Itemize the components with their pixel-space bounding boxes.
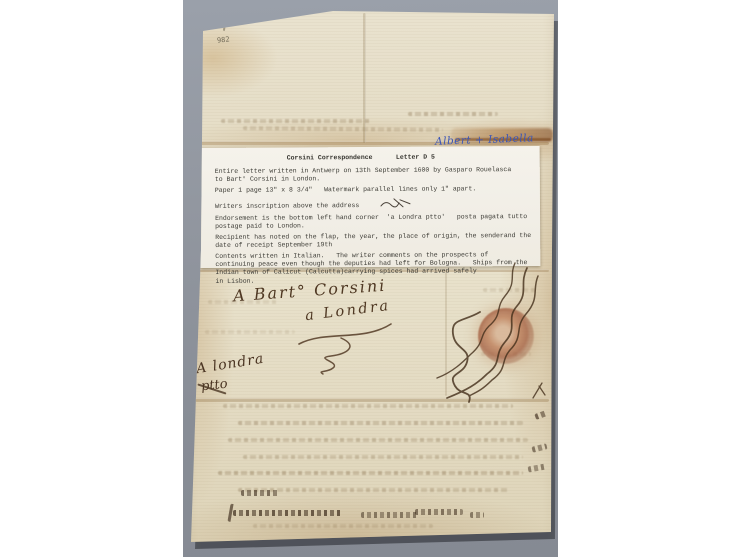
ghost-writing-row	[238, 421, 523, 425]
ghost-writing-row	[228, 438, 528, 442]
ghost-writing-row	[205, 330, 295, 334]
ink-fragment	[241, 490, 279, 496]
label-title: Corsini Correspondence Letter D 5	[287, 154, 435, 162]
letter-paper: 982	[183, 0, 558, 557]
writers-mark-icon	[379, 197, 413, 209]
label-paragraph: Writers inscription above the address	[215, 202, 359, 210]
label-paragraph: Endorsement is the bottom left hand corn…	[215, 213, 527, 230]
ghost-writing-row	[253, 524, 433, 528]
ink-fragment	[233, 510, 343, 516]
pencil-inventory-mark: 982	[217, 35, 230, 44]
ink-fragment	[415, 509, 463, 515]
photo-background: 982	[183, 0, 558, 557]
ink-fragment	[361, 512, 419, 518]
ink-fragment	[534, 410, 547, 420]
ghost-writing-row	[218, 471, 523, 475]
label-paragraph: Entire letter written in Antwerp on 13th…	[215, 166, 511, 183]
ghost-writing-row	[221, 119, 371, 123]
fold-crease-vertical-top	[363, 13, 366, 143]
ink-fragment	[470, 512, 484, 518]
pencil-squiggle	[223, 15, 227, 31]
endorsement-script-line1: A londra	[195, 351, 265, 378]
ghost-writing-row	[408, 112, 498, 116]
ghost-writing-row	[243, 126, 443, 132]
typed-catalog-label: Corsini Correspondence Letter D 5 Entire…	[200, 146, 541, 268]
flap-endorsement-script	[423, 262, 551, 407]
ink-fragment	[528, 463, 547, 472]
label-paragraph: Paper 1 page 13" x 8 3/4" Watermark para…	[215, 185, 476, 194]
label-paragraph: Recipient has noted on the flap, the yea…	[215, 232, 531, 249]
address-flourish	[283, 318, 398, 376]
ink-fragment	[531, 443, 547, 452]
archive-photo-canvas: 982	[0, 0, 740, 557]
ghost-writing-row	[243, 455, 523, 459]
